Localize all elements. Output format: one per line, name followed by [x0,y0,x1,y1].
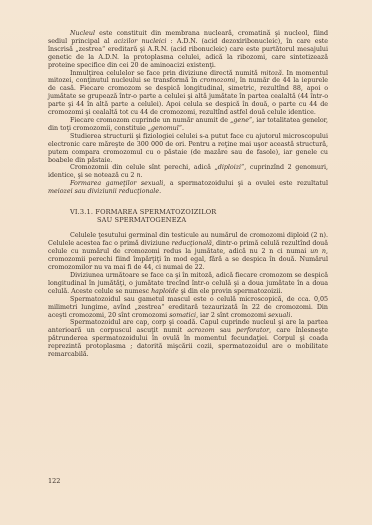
paragraph-p6: Formarea gameţilor sexuali, a spermatozo… [48,180,328,196]
paragraph-p3: Fiecare cromozom cuprinde un număr anumi… [48,117,328,133]
paragraph-p10: Spermatozoidul are cap, corp şi coadă. C… [48,319,328,359]
heading-line-2: SAU SPERMATOGENEZA [70,216,328,224]
paragraph-p5: Cromozomii din celule sînt perechi, adic… [48,164,328,180]
section-intro: Nucleul este constituit din membrana nuc… [48,30,328,196]
paragraph-p4: Studierea structurii şi fiziologiei celu… [48,133,328,165]
heading-line-1: VI.3.1. FORMAREA SPERMATOZOIZILOR [70,208,216,216]
paragraph-p2: Inmulţirea celulelor se face prin divizi… [48,70,328,117]
page-number: 122 [48,477,60,485]
section-spermatogenesis: Celulele ţesutului germinal din testicul… [48,232,328,359]
paragraph-p1: Nucleul este constituit din membrana nuc… [48,30,328,70]
paragraph-p9: Spermatozoidul sau gametul mascul este o… [48,296,328,320]
paragraph-p7: Celulele ţesutului germinal din testicul… [48,232,328,272]
section-heading: VI.3.1. FORMAREA SPERMATOZOIZILOR SAU SP… [70,208,328,224]
book-page: Nucleul este constituit din membrana nuc… [0,0,372,525]
paragraph-p8: Diviziunea următoare se face ca şi în mi… [48,272,328,296]
body-text: Nucleul este constituit din membrana nuc… [48,30,328,359]
